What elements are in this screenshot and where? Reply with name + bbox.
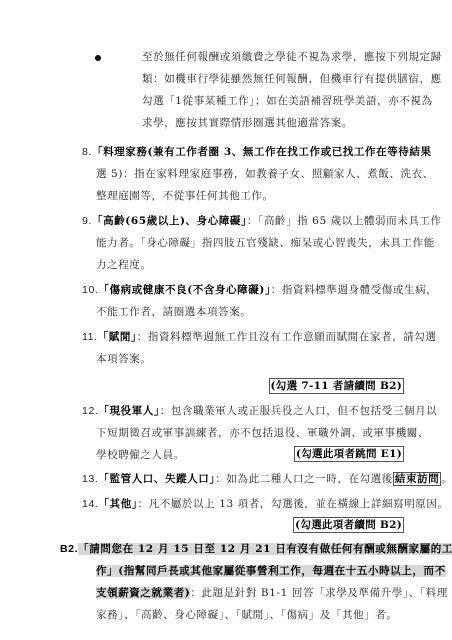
item-text-line: 下短期徵召或軍事訓練者，亦不包括退役、軍職外調、或軍事機關、 bbox=[96, 426, 429, 440]
question-b2-line-3: 支領薪資之就業者)：此題是針對 B1-1 回答「求學及準備升學」、「料理 bbox=[96, 586, 448, 600]
bullet-icon bbox=[95, 55, 101, 61]
item-number: 9. bbox=[82, 215, 92, 227]
item-title: 「料理家務(兼有工作者圈 3、無工作在找工作或已找工作在等待結果 bbox=[92, 146, 432, 158]
item-12-instruction: (勾選此項者跳問 E1) bbox=[294, 446, 404, 462]
bullet-text-line: 求學，應按其實際情形圈選其他適當答案。 bbox=[142, 116, 353, 130]
item-13-heading: 13.「監管人口、失蹤人口」：如為此二種人口之一時，在勾選後結束訪問。 bbox=[82, 472, 452, 486]
item-number: 14. bbox=[82, 498, 98, 510]
question-note: ：此題是針對 B1-1 回答「求學及準備升學」、「料理 bbox=[190, 587, 448, 599]
item-title: 「監管人口、失蹤人口」 bbox=[98, 473, 215, 485]
item-title-rest: ：包含職業軍人或正服兵役之人口，但不包括受三個月以 bbox=[160, 405, 438, 417]
question-b2-line-1: B2.「請問您在 12 月 15 日至 12 月 21 日有沒有做任何有酬或無酬… bbox=[60, 542, 452, 556]
item-title: 「賦閒」 bbox=[98, 331, 137, 343]
item-end-punct: 。 bbox=[441, 473, 452, 485]
document-page: 至於無任何報酬或須繳費之學徒不視為求學，應按下列規定歸 類：如機車行學徒雖然無任… bbox=[0, 0, 452, 640]
item-title-rest: ：指資料標準週身體受傷或生病， bbox=[271, 284, 438, 296]
item-title: 「傷病或健康不良(不含身心障礙)」 bbox=[98, 284, 270, 296]
item-12-heading: 12.「現役軍人」：包含職業軍人或正服兵役之人口，但不包括受三個月以 bbox=[82, 404, 437, 418]
item-title: 「現役軍人」 bbox=[98, 405, 159, 417]
bullet-text-line: 至於無任何報酬或須繳費之學徒不視為求學，應按下列規定歸 bbox=[142, 50, 442, 64]
item-title-rest: ：指資料標準週無工作且沒有工作意願而賦閒在家者，請勾選 bbox=[137, 331, 437, 343]
item-number: 13. bbox=[82, 473, 98, 485]
item-title-rest: ：凡不屬於以上 13 項者，勾選後，並在橫線上詳細寫明原因。 bbox=[138, 498, 449, 510]
question-note-line: 家務」、「高齡、身心障礙」、「賦閒」、「傷病」及「其他」者。 bbox=[96, 608, 398, 622]
item-11-heading: 11.「賦閒」：指資料標準週無工作且沒有工作意願而賦閒在家者，請勾選 bbox=[82, 330, 436, 344]
item-text-line: 力之程度。 bbox=[96, 258, 152, 272]
item-number: 8. bbox=[82, 146, 92, 158]
item-8-heading: 8.「料理家務(兼有工作者圈 3、無工作在找工作或已找工作在等待結果 bbox=[82, 145, 432, 159]
item-14-instruction: (勾選此項者續問 B2) bbox=[293, 517, 404, 533]
item-title-rest: ：如為此二種人口之一時，在勾選後 bbox=[215, 473, 393, 485]
item-number: 10. bbox=[82, 284, 98, 296]
item-text-line: 學校聘僱之人員。 bbox=[96, 448, 185, 462]
item-number: 11. bbox=[82, 331, 98, 343]
item-10-heading: 10.「傷病或健康不良(不含身心障礙)」：指資料標準週身體受傷或生病， bbox=[82, 283, 437, 297]
item-title: 「高齡(65歲以上)、身心障礙」 bbox=[92, 215, 247, 227]
end-interview-box: 結束訪問 bbox=[393, 472, 441, 486]
item-text-line: 不能工作者，請圈選本項答案。 bbox=[96, 305, 251, 319]
item-11-instruction: (勾選 7-11 者請續問 B2) bbox=[269, 378, 404, 394]
question-text: 「請問您在 12 月 15 日至 12 月 21 日有沒有做任何有酬或無酬家屬的… bbox=[78, 543, 452, 555]
item-text-line: 本項答案。 bbox=[96, 352, 152, 366]
item-text-line: 整理庭園等，不從事任何其他工作。 bbox=[96, 189, 274, 203]
item-text-line: 能力者。「身心障礙」指四肢五官殘缺、痴呆或心智喪失，未具工作能 bbox=[96, 236, 435, 250]
question-label: B2. bbox=[60, 543, 78, 555]
item-number: 12. bbox=[82, 405, 98, 417]
bullet-text-line: 勾選「1從事某種工作」；如在美語補習班學美語，亦不視為 bbox=[142, 94, 433, 108]
item-9-heading: 9.「高齡(65歲以上)、身心障礙」：「高齡」指 65 歲以上體弱而未具工作 bbox=[82, 214, 442, 228]
item-text-line: 選 5)：指在家料理家庭事務，如教養子女、照顧家人、煮飯、洗衣、 bbox=[96, 167, 434, 181]
item-title-rest: ：「高齡」指 65 歲以上體弱而未具工作 bbox=[247, 215, 442, 227]
item-title: 「其他」 bbox=[98, 498, 137, 510]
item-14-heading: 14.「其他」：凡不屬於以上 13 項者，勾選後，並在橫線上詳細寫明原因。 bbox=[82, 497, 449, 511]
question-text: 支領薪資之就業者) bbox=[96, 587, 190, 599]
bullet-text-line: 類：如機車行學徒雖然無任何報酬，但機車行有提供膳宿，應 bbox=[142, 72, 442, 86]
question-text: 作」(指幫同戶長或其他家屬從事營利工作，每週在十五小時以上，而不 bbox=[96, 565, 446, 577]
question-b2-line-2: 作」(指幫同戶長或其他家屬從事營利工作，每週在十五小時以上，而不 bbox=[96, 564, 446, 578]
